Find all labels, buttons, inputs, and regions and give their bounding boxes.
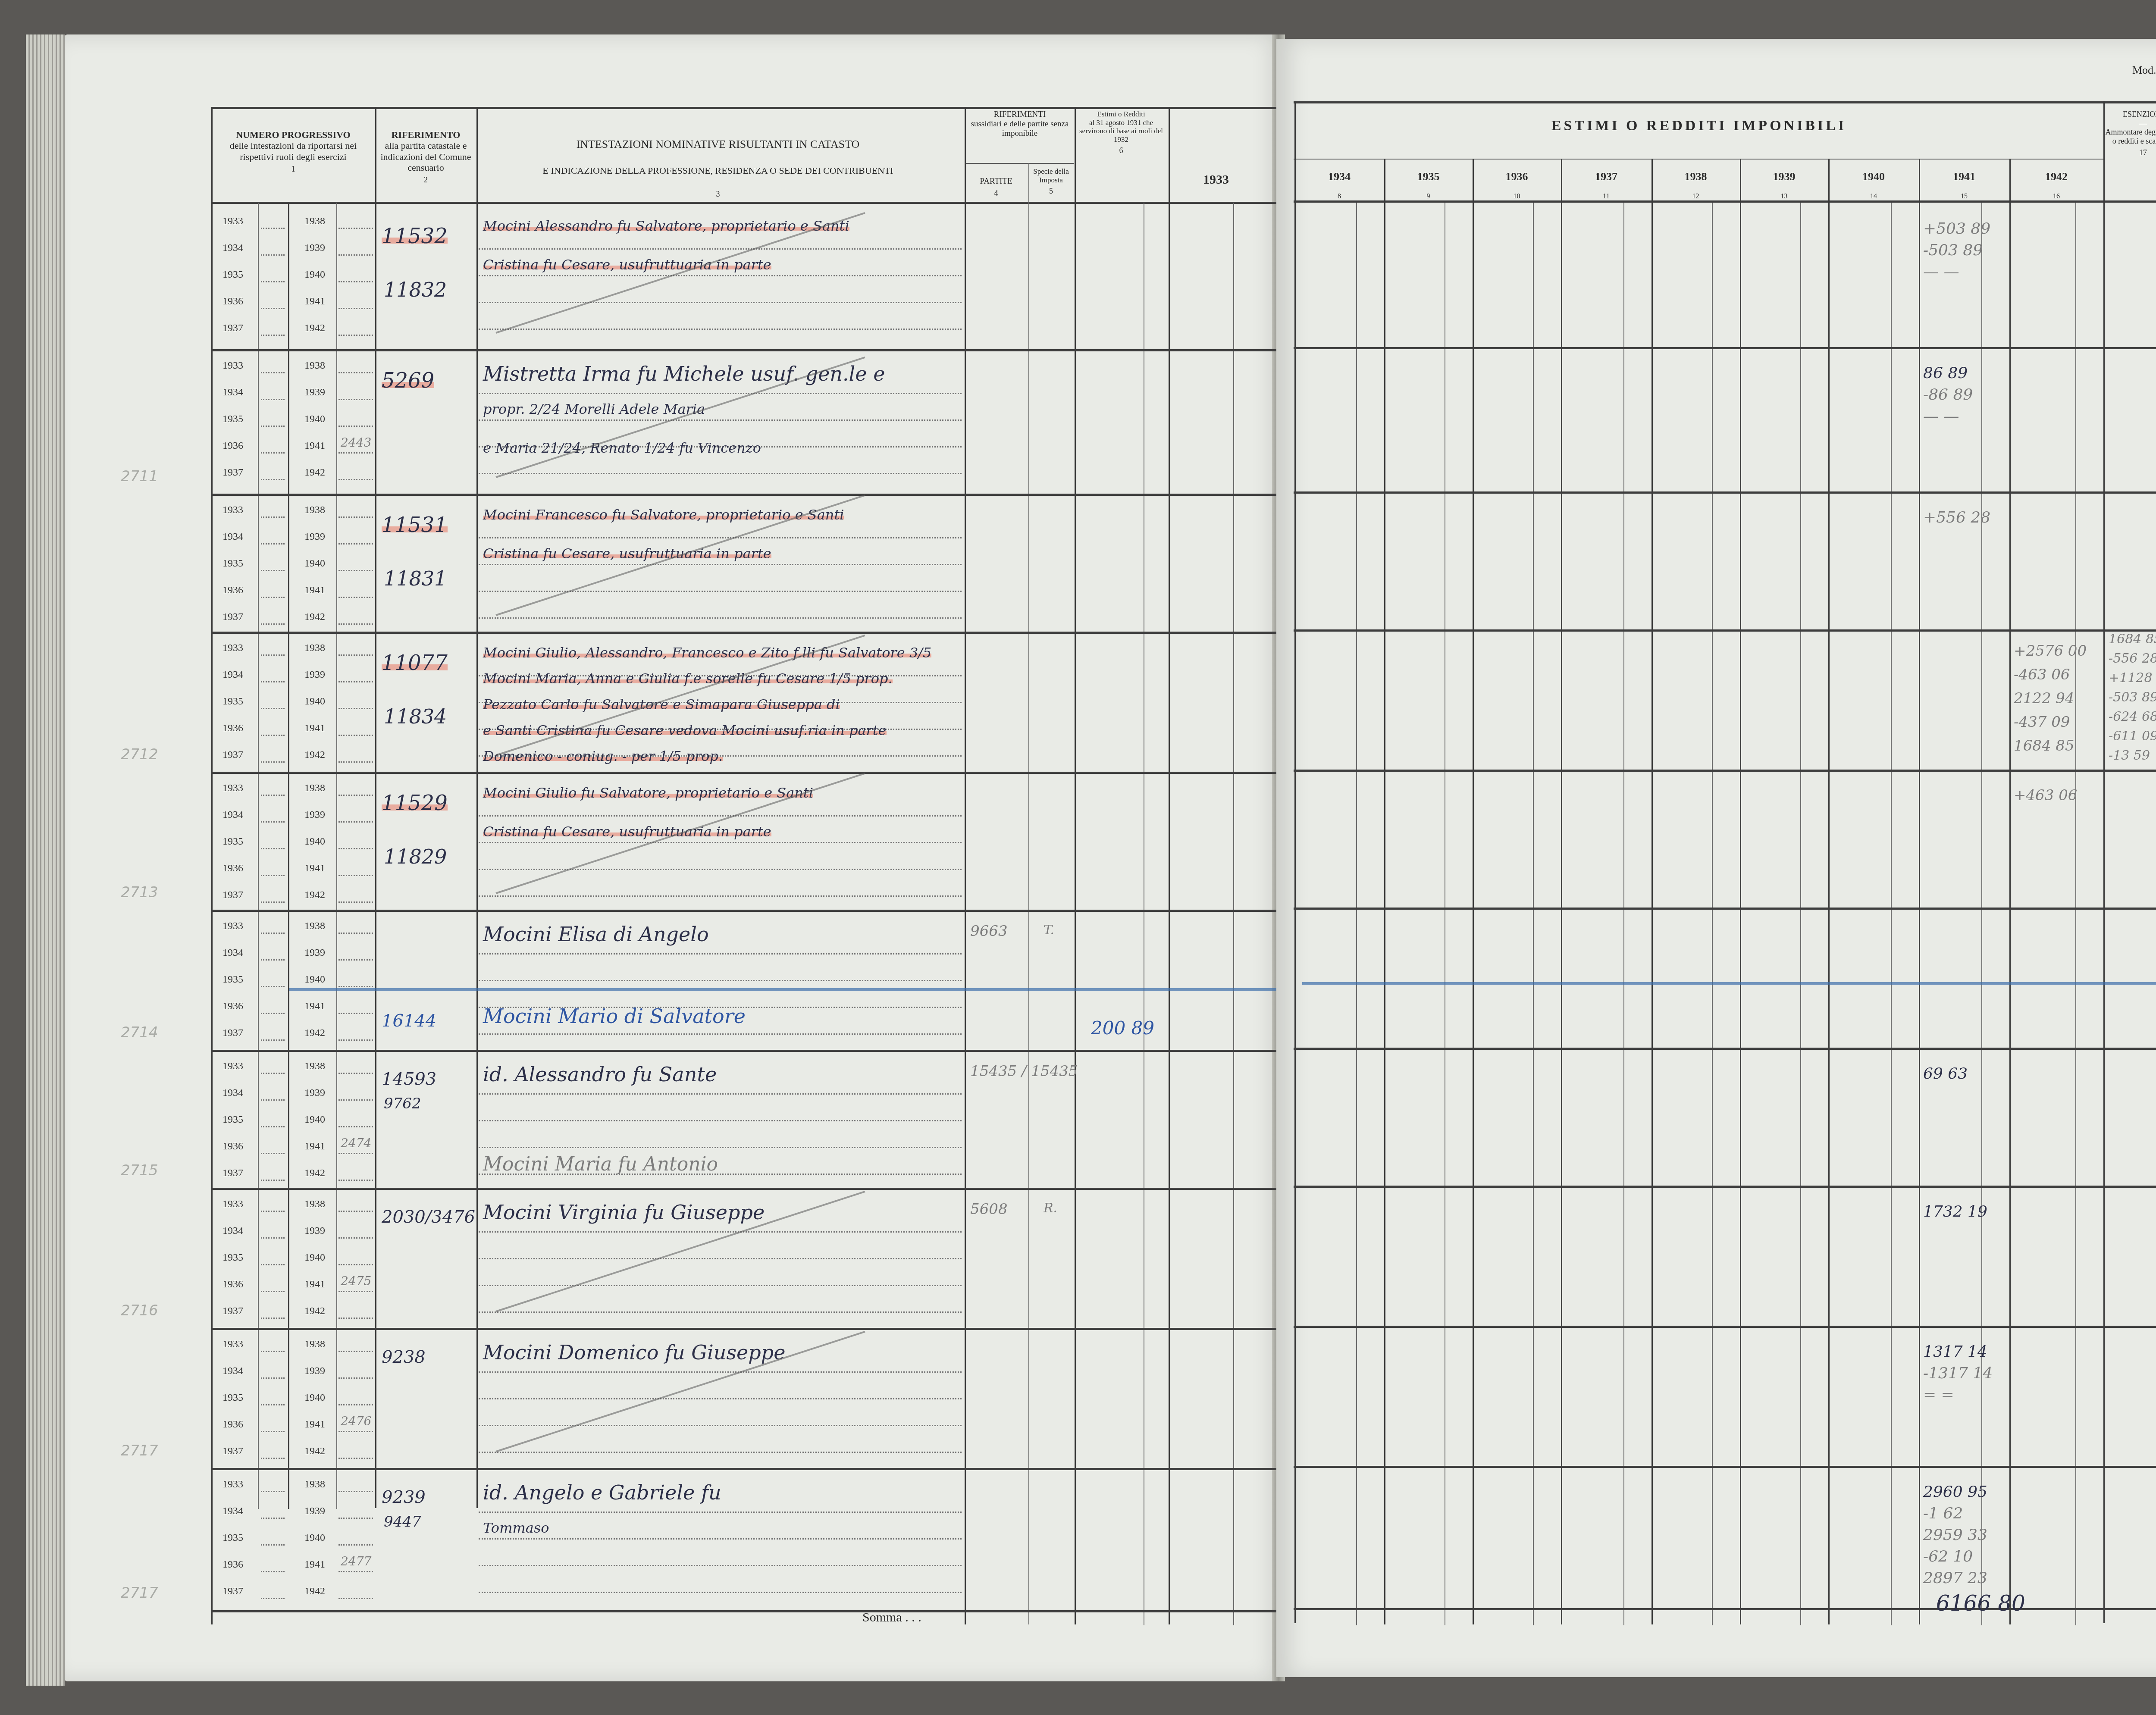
dotted-line — [479, 980, 962, 981]
esenzioni-value: -556 28 — [2109, 651, 2156, 666]
partite-value: 9663 — [970, 923, 1008, 940]
col-divider — [2009, 159, 2011, 1624]
year-label: 1933 — [220, 642, 246, 654]
dotted-line — [338, 1518, 373, 1519]
intestazione-line: e Maria 21/24, Renato 1/24 fu Vincenzo — [483, 440, 761, 456]
row-divider — [1294, 1048, 2156, 1050]
comune-code: 2477 — [341, 1554, 371, 1568]
year-label: 1936 — [220, 1279, 246, 1290]
margin-pencil-note: 2712 — [121, 746, 158, 763]
col-divider — [375, 107, 376, 1508]
year-label: 1937 — [220, 1027, 246, 1039]
year-label: 1938 — [302, 920, 328, 932]
dotted-line — [479, 591, 962, 592]
esenzioni-value: 1684 85 — [2109, 632, 2156, 647]
dotted-line — [479, 473, 962, 474]
year-label: 1941 — [302, 440, 328, 452]
dotted-line — [261, 1431, 285, 1432]
year-label: 1939 — [302, 531, 328, 543]
somma-label: Somma . . . — [862, 1610, 921, 1625]
partita-reference: 16144 — [382, 1011, 436, 1031]
margin-pencil-note: 2715 — [121, 1162, 158, 1179]
dotted-line — [338, 681, 373, 682]
year-label: 1934 — [220, 947, 246, 959]
partita-reference: 11529 — [382, 791, 448, 815]
dotted-line — [338, 821, 373, 823]
col-divider — [1740, 159, 1741, 1624]
year-label: 1941 — [302, 1559, 328, 1571]
dotted-line — [261, 1153, 285, 1154]
register-book: Mod. 111 - Imposte Dirette (Intercalare)… — [0, 0, 2156, 1715]
year-label: 1934 — [220, 1505, 246, 1517]
intestazione-line: Mocini Giulio, Alessandro, Francesco e Z… — [483, 645, 931, 661]
dotted-line — [261, 735, 285, 736]
form-model-label: Mod. 111 - Imposte Dirette (Intercalare)… — [2132, 64, 2156, 77]
dotted-line — [479, 1371, 962, 1373]
year-label: 1933 — [220, 504, 246, 516]
dotted-line — [338, 1099, 373, 1101]
year-label: 1937 — [220, 1305, 246, 1317]
dotted-line — [338, 848, 373, 849]
specie-imposta: R. — [1044, 1201, 1057, 1216]
dotted-line — [479, 1565, 962, 1566]
value-1941: -62 10 — [1923, 1548, 1973, 1565]
header-bottom-rule — [211, 202, 1276, 204]
column-number: 8 — [1294, 193, 1384, 200]
dotted-line — [261, 1264, 285, 1265]
dotted-line — [338, 1318, 373, 1319]
partita-reference: 5269 — [382, 369, 434, 393]
header-bottom-rule-right — [1294, 200, 2156, 203]
dotted-line — [338, 875, 373, 876]
year-label: 1936 — [220, 723, 246, 734]
dotted-line — [261, 516, 285, 518]
column-number: 15 — [1919, 193, 2009, 200]
year-label: 1941 — [302, 1001, 328, 1012]
dotted-line — [338, 516, 373, 518]
dotted-line — [261, 452, 285, 454]
year-label: 1935 — [220, 1532, 246, 1544]
dotted-line — [261, 1544, 285, 1546]
intestazione-line: e Santi Cristina fu Cesare vedova Mocini… — [483, 722, 887, 739]
dotted-line — [338, 1598, 373, 1599]
intestazione-line: propr. 2/24 Morelli Adele Maria — [483, 401, 705, 417]
row-divider — [1294, 347, 2156, 349]
dotted-line — [479, 1311, 962, 1313]
header-year-1933: 1933 — [1171, 172, 1261, 187]
intestazione-line: Mocini Mario di Salvatore — [483, 1005, 746, 1028]
estimo-1932-value: 200 89 — [1091, 1017, 1154, 1039]
intestazione-line: Mocini Domenico fu Giuseppe — [483, 1341, 785, 1364]
dotted-line — [338, 479, 373, 480]
partita-reference: 11532 — [382, 224, 448, 248]
year-label: 1942 — [302, 889, 328, 901]
year-label: 1942 — [302, 322, 328, 334]
year-label: 1942 — [302, 467, 328, 479]
intestazione-line: Mocini Elisa di Angelo — [483, 923, 709, 946]
col-divider — [1473, 159, 1474, 1624]
col-divider — [1028, 163, 1029, 1624]
dotted-line — [338, 1039, 373, 1041]
col-divider — [2103, 101, 2105, 1623]
cents-divider — [2075, 203, 2076, 1625]
dotted-line — [338, 1126, 373, 1127]
header-specie-imposta: Specie della Imposta5 — [1028, 167, 1074, 196]
dotted-line — [338, 959, 373, 961]
col-divider — [1169, 107, 1170, 1624]
year-label: 1938 — [302, 1199, 328, 1210]
margin-pencil-note: 2711 — [121, 468, 158, 485]
year-label: 1938 — [302, 642, 328, 654]
value-1941: +556 28 — [1923, 509, 1990, 526]
year-label: 1933 — [220, 1061, 246, 1072]
value-1941: -86 89 — [1923, 386, 1973, 404]
dotted-line — [338, 228, 373, 229]
year-label: 1937 — [220, 1446, 246, 1457]
year-label: 1940 — [302, 269, 328, 281]
dotted-line — [479, 815, 962, 817]
row-divider — [1294, 1186, 2156, 1188]
intestazione-line: Mocini Giulio fu Salvatore, proprietario… — [483, 785, 813, 801]
col-divider — [965, 107, 966, 1624]
intestazione-line: Mocini Maria, Anna e Giulia f.e sorelle … — [483, 670, 893, 687]
value-1941: = = — [1923, 1386, 1954, 1404]
dotted-line — [261, 1013, 285, 1014]
row-divider — [211, 1468, 1276, 1470]
esenzioni-value: -624 68 — [2109, 709, 2156, 724]
header-riferimenti-sussidiari: RIFERIMENTIsussidiari e delle partite se… — [966, 110, 1074, 138]
year-label: 1942 — [302, 1586, 328, 1597]
dotted-line — [261, 308, 285, 309]
row-divider — [211, 632, 1276, 634]
partita-reference: 9239 — [382, 1487, 426, 1507]
year-label: 1937 — [220, 749, 246, 761]
year-label: 1935 — [220, 836, 246, 848]
dotted-line — [479, 1231, 962, 1233]
blue-pencil-line — [1302, 982, 2156, 985]
dotted-line — [338, 1571, 373, 1572]
year-label: 1935 — [220, 974, 246, 986]
year-label: 1942 — [302, 1027, 328, 1039]
partita-subreference: 11831 — [384, 567, 447, 590]
dotted-line — [338, 372, 373, 373]
year-label: 1937 — [220, 1586, 246, 1597]
year-label: 1941 — [302, 863, 328, 874]
value-1942: 1684 85 — [2014, 737, 2075, 754]
dotted-line — [479, 1093, 962, 1095]
row-divider — [1294, 1466, 2156, 1468]
year-label: 1938 — [302, 1061, 328, 1072]
partita-reference: 9238 — [382, 1347, 426, 1367]
partita-reference: 2030/3476 — [382, 1207, 475, 1227]
value-1941: 2959 33 — [1923, 1526, 1987, 1544]
header-esenzioni: ESENZIONI—Ammontare degli estimi o reddi… — [2104, 110, 2156, 157]
row-divider — [1294, 770, 2156, 772]
year-label: 1936 — [220, 585, 246, 596]
year-label: 1935 — [220, 269, 246, 281]
dotted-line — [338, 735, 373, 736]
col-divider — [1233, 203, 1234, 1625]
year-label: 1934 — [220, 669, 246, 681]
intestazione-line: Domenico - coniug. - per 1/5 prop. — [483, 748, 723, 764]
dotted-line — [261, 654, 285, 656]
cents-divider — [1445, 203, 1445, 1625]
partite-value: 5608 — [970, 1201, 1008, 1218]
year-label: 1934 — [220, 1225, 246, 1237]
year-label: 1933 — [220, 1479, 246, 1490]
dotted-line — [338, 1431, 373, 1432]
header-intestazioni: INTESTAZIONI NOMINATIVE RISULTANTI IN CA… — [479, 138, 957, 198]
cents-divider — [1981, 203, 1982, 1625]
dotted-line — [479, 617, 962, 619]
dotted-line — [261, 1491, 285, 1492]
dotted-line — [479, 564, 962, 565]
dotted-line — [338, 761, 373, 763]
year-label: 1936 — [220, 863, 246, 874]
intestazione-line: Cristina fu Cesare, usufruttuaria in par… — [483, 823, 771, 840]
dotted-line — [479, 1147, 962, 1148]
dotted-line — [338, 901, 373, 903]
margin-pencil-note: 2717 — [121, 1584, 158, 1602]
value-1942: -463 06 — [2014, 666, 2070, 683]
cents-divider — [1712, 203, 1713, 1625]
dotted-line — [261, 570, 285, 571]
dotted-line — [479, 1258, 962, 1259]
year-label: 1936 — [220, 1559, 246, 1571]
column-number: 11 — [1561, 193, 1651, 200]
row-divider — [211, 1050, 1276, 1052]
left-page — [65, 34, 1285, 1681]
dotted-line — [338, 986, 373, 987]
specie-imposta: T. — [1044, 923, 1054, 938]
dotted-line — [338, 1013, 373, 1014]
dotted-line — [261, 623, 285, 625]
value-1941: 2960 95 — [1923, 1483, 1987, 1501]
header-year-1936: 1936 — [1473, 170, 1561, 183]
partite-value: 15435 / 15435 — [970, 1063, 1078, 1080]
dotted-line — [479, 1120, 962, 1121]
header-riferimento: RIFERIMENTOalla partita catastale e indi… — [377, 129, 474, 185]
value-1941: +503 89 — [1923, 220, 1990, 238]
header-year-1941: 1941 — [1919, 170, 2009, 183]
header-year-1942: 1942 — [2009, 170, 2103, 183]
comune-code: 2476 — [341, 1414, 371, 1428]
dotted-line — [261, 1180, 285, 1181]
header-numero-progressivo: NUMERO PROGRESSIVOdelle intestazioni da … — [213, 129, 373, 174]
dotted-line — [338, 708, 373, 709]
row-divider — [1294, 908, 2156, 910]
dotted-line — [479, 1538, 962, 1540]
row-divider — [1294, 1326, 2156, 1328]
intestazione-line: Cristina fu Cesare, usufruttuaria in par… — [483, 545, 771, 562]
year-label: 1938 — [302, 504, 328, 516]
left-page-edges — [26, 34, 65, 1686]
year-label: 1934 — [220, 809, 246, 821]
esenzioni-value: +1128 57 — [2109, 670, 2156, 685]
value-1941: -503 89 — [1923, 241, 1983, 259]
dotted-line — [338, 1377, 373, 1379]
value-1941: 2897 23 — [1923, 1569, 1987, 1587]
year-label: 1935 — [220, 1114, 246, 1126]
partita-subreference: 11834 — [384, 705, 447, 728]
dotted-line — [261, 399, 285, 400]
dotted-line — [261, 1458, 285, 1459]
year-label: 1941 — [302, 1419, 328, 1430]
intestazione-line: Tommaso — [483, 1520, 549, 1536]
col-divider — [1075, 107, 1076, 1624]
dotted-line — [479, 537, 962, 538]
dotted-line — [261, 1073, 285, 1074]
dotted-line — [261, 795, 285, 796]
row-divider — [211, 1610, 1276, 1612]
year-label: 1938 — [302, 782, 328, 794]
partita-subreference: 9447 — [384, 1513, 421, 1530]
dotted-line — [261, 1099, 285, 1101]
dotted-line — [479, 248, 962, 250]
cents-divider — [1533, 203, 1534, 1625]
dotted-line — [261, 933, 285, 934]
left-border — [211, 107, 213, 1624]
year-label: 1939 — [302, 669, 328, 681]
margin-pencil-note: 2716 — [121, 1302, 158, 1319]
dotted-line — [479, 393, 962, 394]
year-label: 1942 — [302, 1446, 328, 1457]
cents-divider — [1800, 203, 1801, 1625]
year-label: 1942 — [302, 749, 328, 761]
dotted-line — [338, 1491, 373, 1492]
year-label: 1933 — [220, 1339, 246, 1350]
header-year-1938: 1938 — [1651, 170, 1740, 183]
value-1941: — — — [1923, 263, 1959, 281]
margin-pencil-note: 2713 — [121, 884, 158, 901]
dotted-line — [261, 708, 285, 709]
dotted-line — [261, 1318, 285, 1319]
esenzioni-value: -13 59 — [2109, 748, 2150, 763]
cents-divider — [1891, 203, 1892, 1625]
header-years-rule — [1294, 159, 2104, 160]
dotted-line — [479, 1512, 962, 1513]
dotted-line — [338, 426, 373, 427]
year-label: 1940 — [302, 1114, 328, 1126]
col-divider — [1144, 203, 1144, 1625]
dotted-line — [261, 335, 285, 336]
year-label: 1937 — [220, 889, 246, 901]
header-estimi-imponibili: ESTIMI O REDDITI IMPONIBILI — [1294, 117, 2104, 134]
year-label: 1935 — [220, 1392, 246, 1404]
year-label: 1936 — [220, 296, 246, 307]
year-label: 1935 — [220, 1252, 246, 1264]
dotted-line — [479, 1425, 962, 1426]
dotted-line — [261, 1211, 285, 1212]
partita-reference: 14593 — [382, 1069, 436, 1089]
dotted-line — [338, 1351, 373, 1352]
value-1942: +463 06 — [2014, 787, 2077, 804]
value-1941: 86 89 — [1923, 364, 1968, 382]
year-label: 1934 — [220, 1365, 246, 1377]
dotted-line — [261, 1571, 285, 1572]
year-label: 1939 — [302, 1505, 328, 1517]
year-label: 1939 — [302, 947, 328, 959]
dotted-line — [261, 597, 285, 598]
year-label: 1935 — [220, 413, 246, 425]
dotted-line — [479, 329, 962, 330]
dotted-line — [261, 372, 285, 373]
dotted-line — [261, 901, 285, 903]
year-label: 1933 — [220, 782, 246, 794]
dotted-line — [338, 1264, 373, 1265]
header-top-rule-right — [1294, 101, 2156, 103]
dotted-line — [338, 308, 373, 309]
year-label: 1934 — [220, 387, 246, 398]
col-divider — [1561, 159, 1562, 1624]
year-label: 1939 — [302, 242, 328, 254]
esenzioni-value: -611 09 — [2109, 729, 2156, 744]
col-divider — [1828, 159, 1830, 1624]
dotted-line — [261, 1518, 285, 1519]
year-label: 1941 — [302, 296, 328, 307]
year-label: 1933 — [220, 920, 246, 932]
header-top-rule — [211, 107, 1276, 109]
value-1942: 2122 94 — [2014, 690, 2075, 707]
right-page — [1276, 39, 2156, 1677]
dotted-line — [338, 623, 373, 625]
intestazione-line: Mocini Alessandro fu Salvatore, propriet… — [483, 218, 849, 234]
somma-1941-total: 6166 80 — [1936, 1591, 2025, 1616]
dotted-line — [338, 1073, 373, 1074]
dotted-line — [338, 1180, 373, 1181]
partita-subreference: 11832 — [384, 278, 447, 301]
blue-pencil-line — [289, 988, 1276, 991]
dotted-line — [338, 254, 373, 256]
dotted-line — [338, 335, 373, 336]
value-1941: -1317 14 — [1923, 1364, 1993, 1382]
row-divider — [211, 1328, 1276, 1330]
column-number: 9 — [1384, 193, 1473, 200]
dotted-line — [338, 1458, 373, 1459]
dotted-line — [479, 1033, 962, 1035]
header-year-1939: 1939 — [1740, 170, 1828, 183]
year-label: 1934 — [220, 1087, 246, 1099]
year-label: 1936 — [220, 1141, 246, 1152]
intestazione-line: Mistretta Irma fu Michele usuf. gen.le e — [483, 362, 885, 385]
row-divider — [211, 494, 1276, 496]
margin-pencil-note: 2717 — [121, 1442, 158, 1459]
dotted-line — [261, 1377, 285, 1379]
year-label: 1940 — [302, 413, 328, 425]
dotted-line — [479, 275, 962, 276]
dotted-line — [261, 1291, 285, 1292]
dotted-line — [338, 654, 373, 656]
dotted-line — [261, 543, 285, 545]
year-label: 1941 — [302, 1279, 328, 1290]
year-label: 1941 — [302, 723, 328, 734]
row-divider — [211, 349, 1276, 351]
dotted-line — [338, 1291, 373, 1292]
dotted-line — [261, 986, 285, 987]
partita-subreference: 11829 — [384, 845, 447, 868]
year-label: 1936 — [220, 1001, 246, 1012]
year-label: 1934 — [220, 242, 246, 254]
column-number: 14 — [1828, 193, 1919, 200]
year-label: 1942 — [302, 1167, 328, 1179]
header-estimi-1931: Estimi o Redditial 31 agosto 1931 che se… — [1076, 110, 1166, 155]
dotted-line — [338, 795, 373, 796]
year-label: 1938 — [302, 216, 328, 227]
esenzioni-value: -503 89 — [2109, 690, 2156, 705]
dotted-line — [261, 281, 285, 282]
year-label: 1939 — [302, 387, 328, 398]
dotted-line — [479, 895, 962, 897]
